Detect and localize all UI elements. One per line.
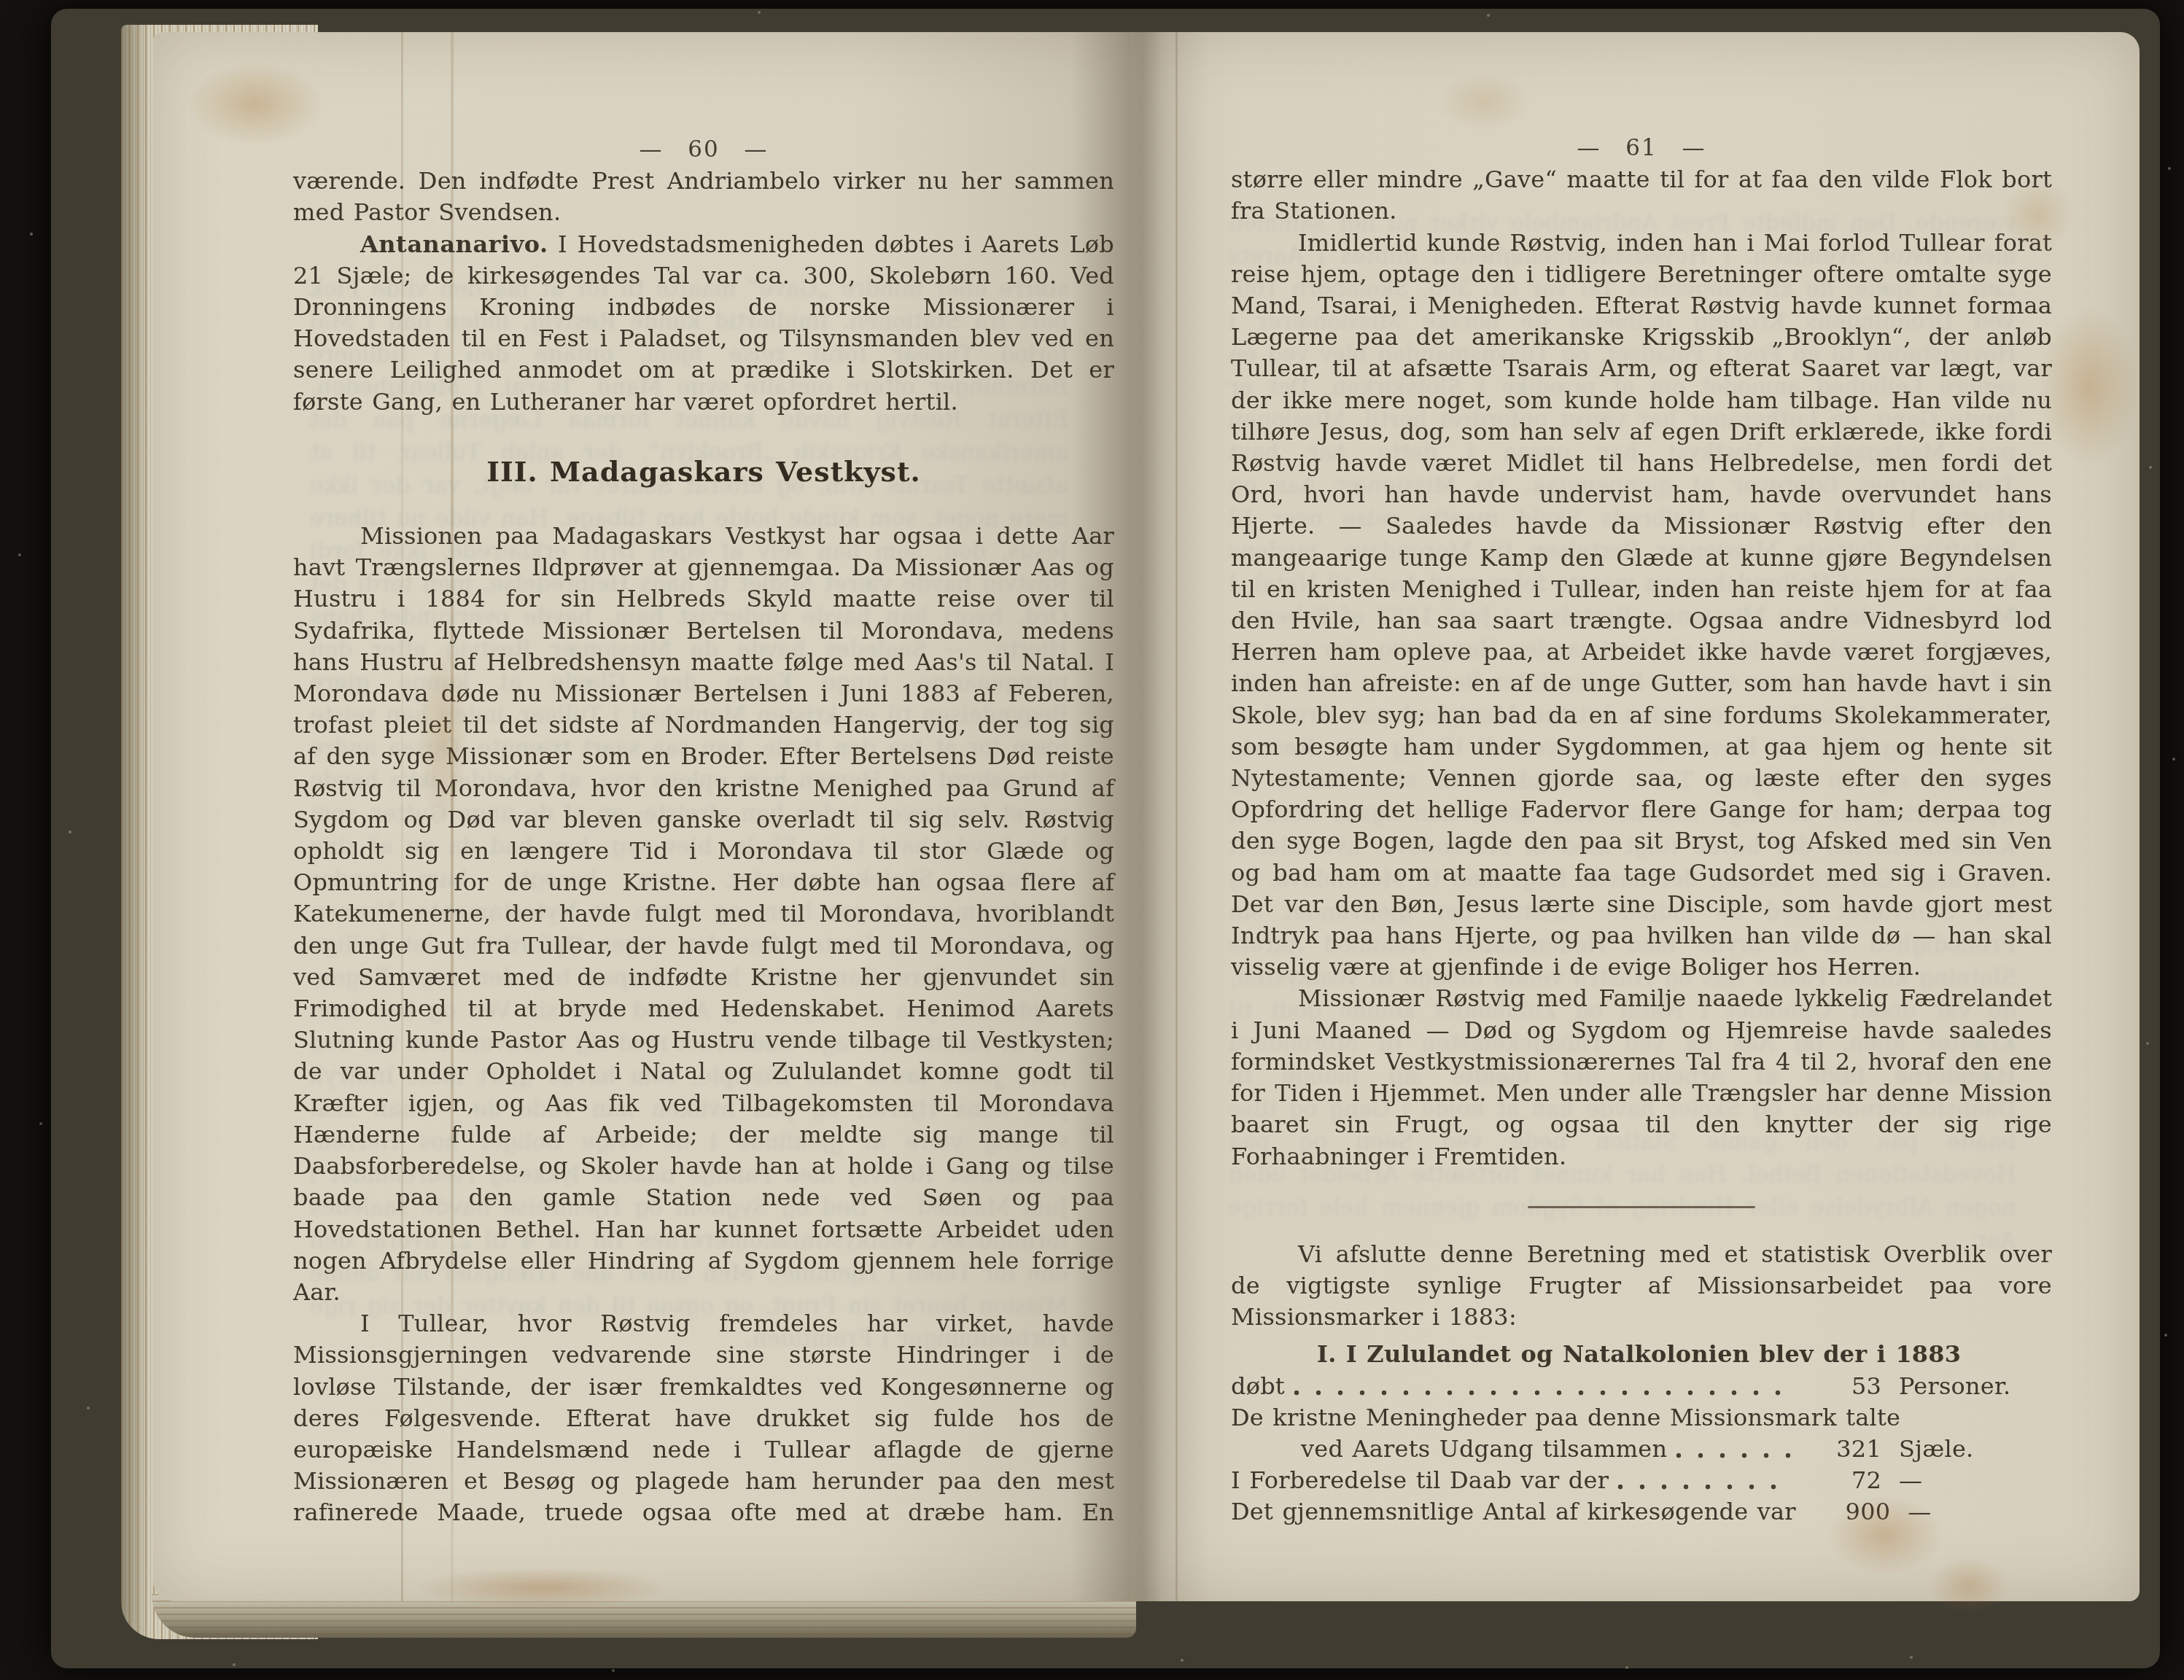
stat-unit: Sjæle. — [1881, 1434, 2052, 1465]
stat-label: Det gjennemsnitlige Antal af kirkesøgend… — [1231, 1496, 1796, 1528]
statistics-heading: I. I Zululandet og Natalkolonien blev de… — [1231, 1339, 2052, 1370]
stat-value: 900 — [1814, 1496, 1890, 1528]
section-heading-madagaskars-vestkyst: III. Madagaskars Vestkyst. — [293, 456, 1114, 487]
paragraph: Vi afslutte denne Beretning med et stati… — [1231, 1239, 2052, 1334]
page-number-61: — 61 — — [1231, 133, 2052, 164]
statistics-table: I. I Zululandet og Natalkolonien blev de… — [1231, 1339, 2052, 1528]
stat-label: De kristne Meningheder paa denne Mission… — [1231, 1402, 1900, 1434]
dot-leader — [1294, 1371, 1791, 1402]
dot-leader — [1617, 1465, 1791, 1496]
stat-label: I Forberedelse til Daab var der — [1231, 1465, 1609, 1496]
stat-value: 53 — [1800, 1371, 1881, 1402]
table-row: døbt 53 Personer. — [1231, 1371, 2052, 1402]
stat-unit: Personer. — [1881, 1371, 2052, 1402]
stat-label: døbt — [1231, 1371, 1285, 1402]
table-row: Det gjennemsnitlige Antal af kirkesøgend… — [1231, 1496, 2052, 1528]
stat-value: 321 — [1800, 1434, 1881, 1465]
left-page: større eller mindre „Gave“ maatte til fo… — [153, 32, 1130, 1601]
page-crease — [1175, 32, 1178, 1601]
section-divider-rule — [1528, 1206, 1755, 1208]
dust-specks — [0, 0, 1, 1]
stat-unit — [1959, 1402, 2052, 1434]
right-page-text: — 61 — større eller mindre „Gave“ maatte… — [1231, 133, 2052, 1528]
stat-unit: — — [1881, 1465, 2052, 1496]
dot-leader — [1676, 1434, 1791, 1465]
paragraph: større eller mindre „Gave“ maatte til fo… — [1231, 164, 2052, 227]
paragraph: værende. Den indfødte Prest Andriambelo … — [293, 166, 1114, 228]
stat-value: 72 — [1800, 1465, 1881, 1496]
paragraph-lead-antananarivo: Antananarivo. — [360, 230, 548, 258]
right-page: værende. Den indfødte Prest Andriambelo … — [1130, 32, 2140, 1601]
table-row: ved Aarets Udgang tilsammen 321 Sjæle. — [1231, 1434, 2052, 1465]
paragraph: Missionær Røstvig med Familje naaede lyk… — [1231, 983, 2052, 1172]
paragraph: Missionen paa Madagaskars Vestkyst har o… — [293, 521, 1114, 1308]
table-row: I Forberedelse til Daab var der 72 — — [1231, 1465, 2052, 1496]
book-scan: { "palette": { "background": "#14110e", … — [0, 0, 2184, 1680]
stat-unit: — — [1890, 1496, 2052, 1528]
paragraph: I Tullear, hvor Røstvig fremdeles har vi… — [293, 1308, 1114, 1528]
table-row: De kristne Meningheder paa denne Mission… — [1231, 1402, 2052, 1434]
paragraph: Imidlertid kunde Røstvig, inden han i Ma… — [1231, 227, 2052, 984]
page-number-60: — 60 — — [293, 134, 1114, 166]
stat-value — [1918, 1402, 1959, 1434]
stat-label: ved Aarets Udgang tilsammen — [1231, 1434, 1667, 1465]
paragraph: Antananarivo. I Hovedstadsmenigheden døb… — [293, 229, 1114, 418]
left-page-text: — 60 — værende. Den indfødte Prest Andri… — [293, 134, 1114, 1529]
